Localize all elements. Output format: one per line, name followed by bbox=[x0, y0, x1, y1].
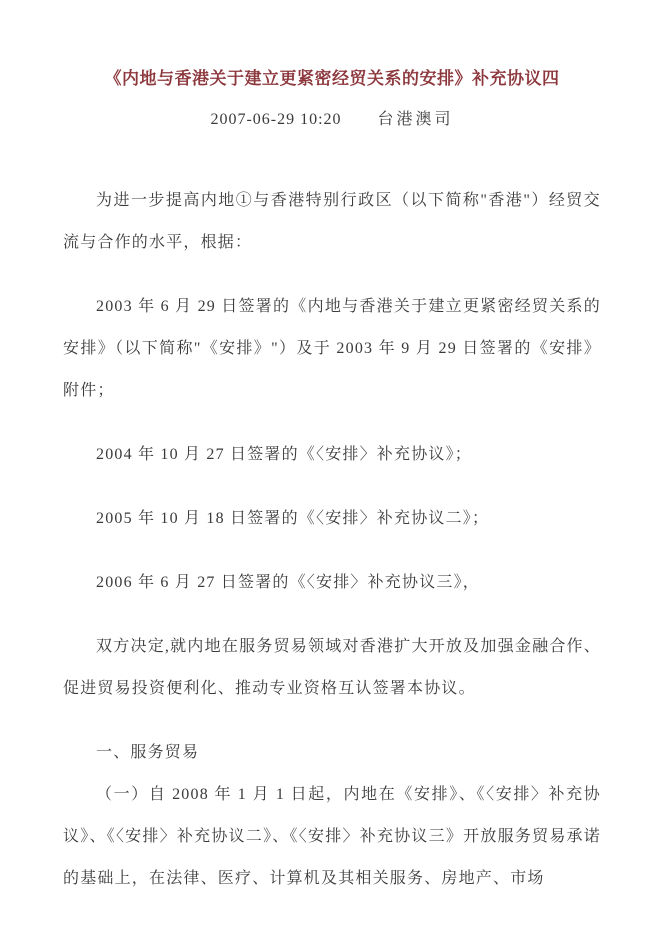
paragraph-supplement-1-2004: 2004 年 10 月 27 日签署的《〈安排〉补充协议》； bbox=[63, 434, 601, 476]
document-page: 《内地与香港关于建立更紧密经贸关系的安排》补充协议四 2007-06-29 10… bbox=[0, 0, 661, 935]
publish-datetime: 2007-06-29 10:20 bbox=[210, 111, 341, 128]
paragraph-decision: 双方决定,就内地在服务贸易领域对香港扩大开放及加强金融合作、促进贸易投资便利化、… bbox=[63, 626, 601, 710]
document-title: 《内地与香港关于建立更紧密经贸关系的安排》补充协议四 bbox=[63, 66, 601, 92]
dateline: 2007-06-29 10:20台港澳司 bbox=[63, 108, 601, 132]
publish-department: 台港澳司 bbox=[378, 111, 454, 128]
paragraph-arrangement-2003: 2003 年 6 月 29 日签署的《内地与香港关于建立更紧密经贸关系的安排》（… bbox=[63, 286, 601, 412]
paragraph-services-item-1: （一）自 2008 年 1 月 1 日起，内地在《安排》、《〈安排〉补充协议》、… bbox=[63, 774, 601, 900]
paragraph-supplement-2-2005: 2005 年 10 月 18 日签署的《〈安排〉补充协议二》； bbox=[63, 498, 601, 540]
paragraph-preamble: 为进一步提高内地①与香港特别行政区（以下简称"香港"）经贸交流与合作的水平，根据… bbox=[63, 180, 601, 264]
section-heading-trade-in-services: 一、服务贸易 bbox=[63, 732, 601, 774]
paragraph-supplement-3-2006: 2006 年 6 月 27 日签署的《〈安排〉补充协议三》， bbox=[63, 562, 601, 604]
